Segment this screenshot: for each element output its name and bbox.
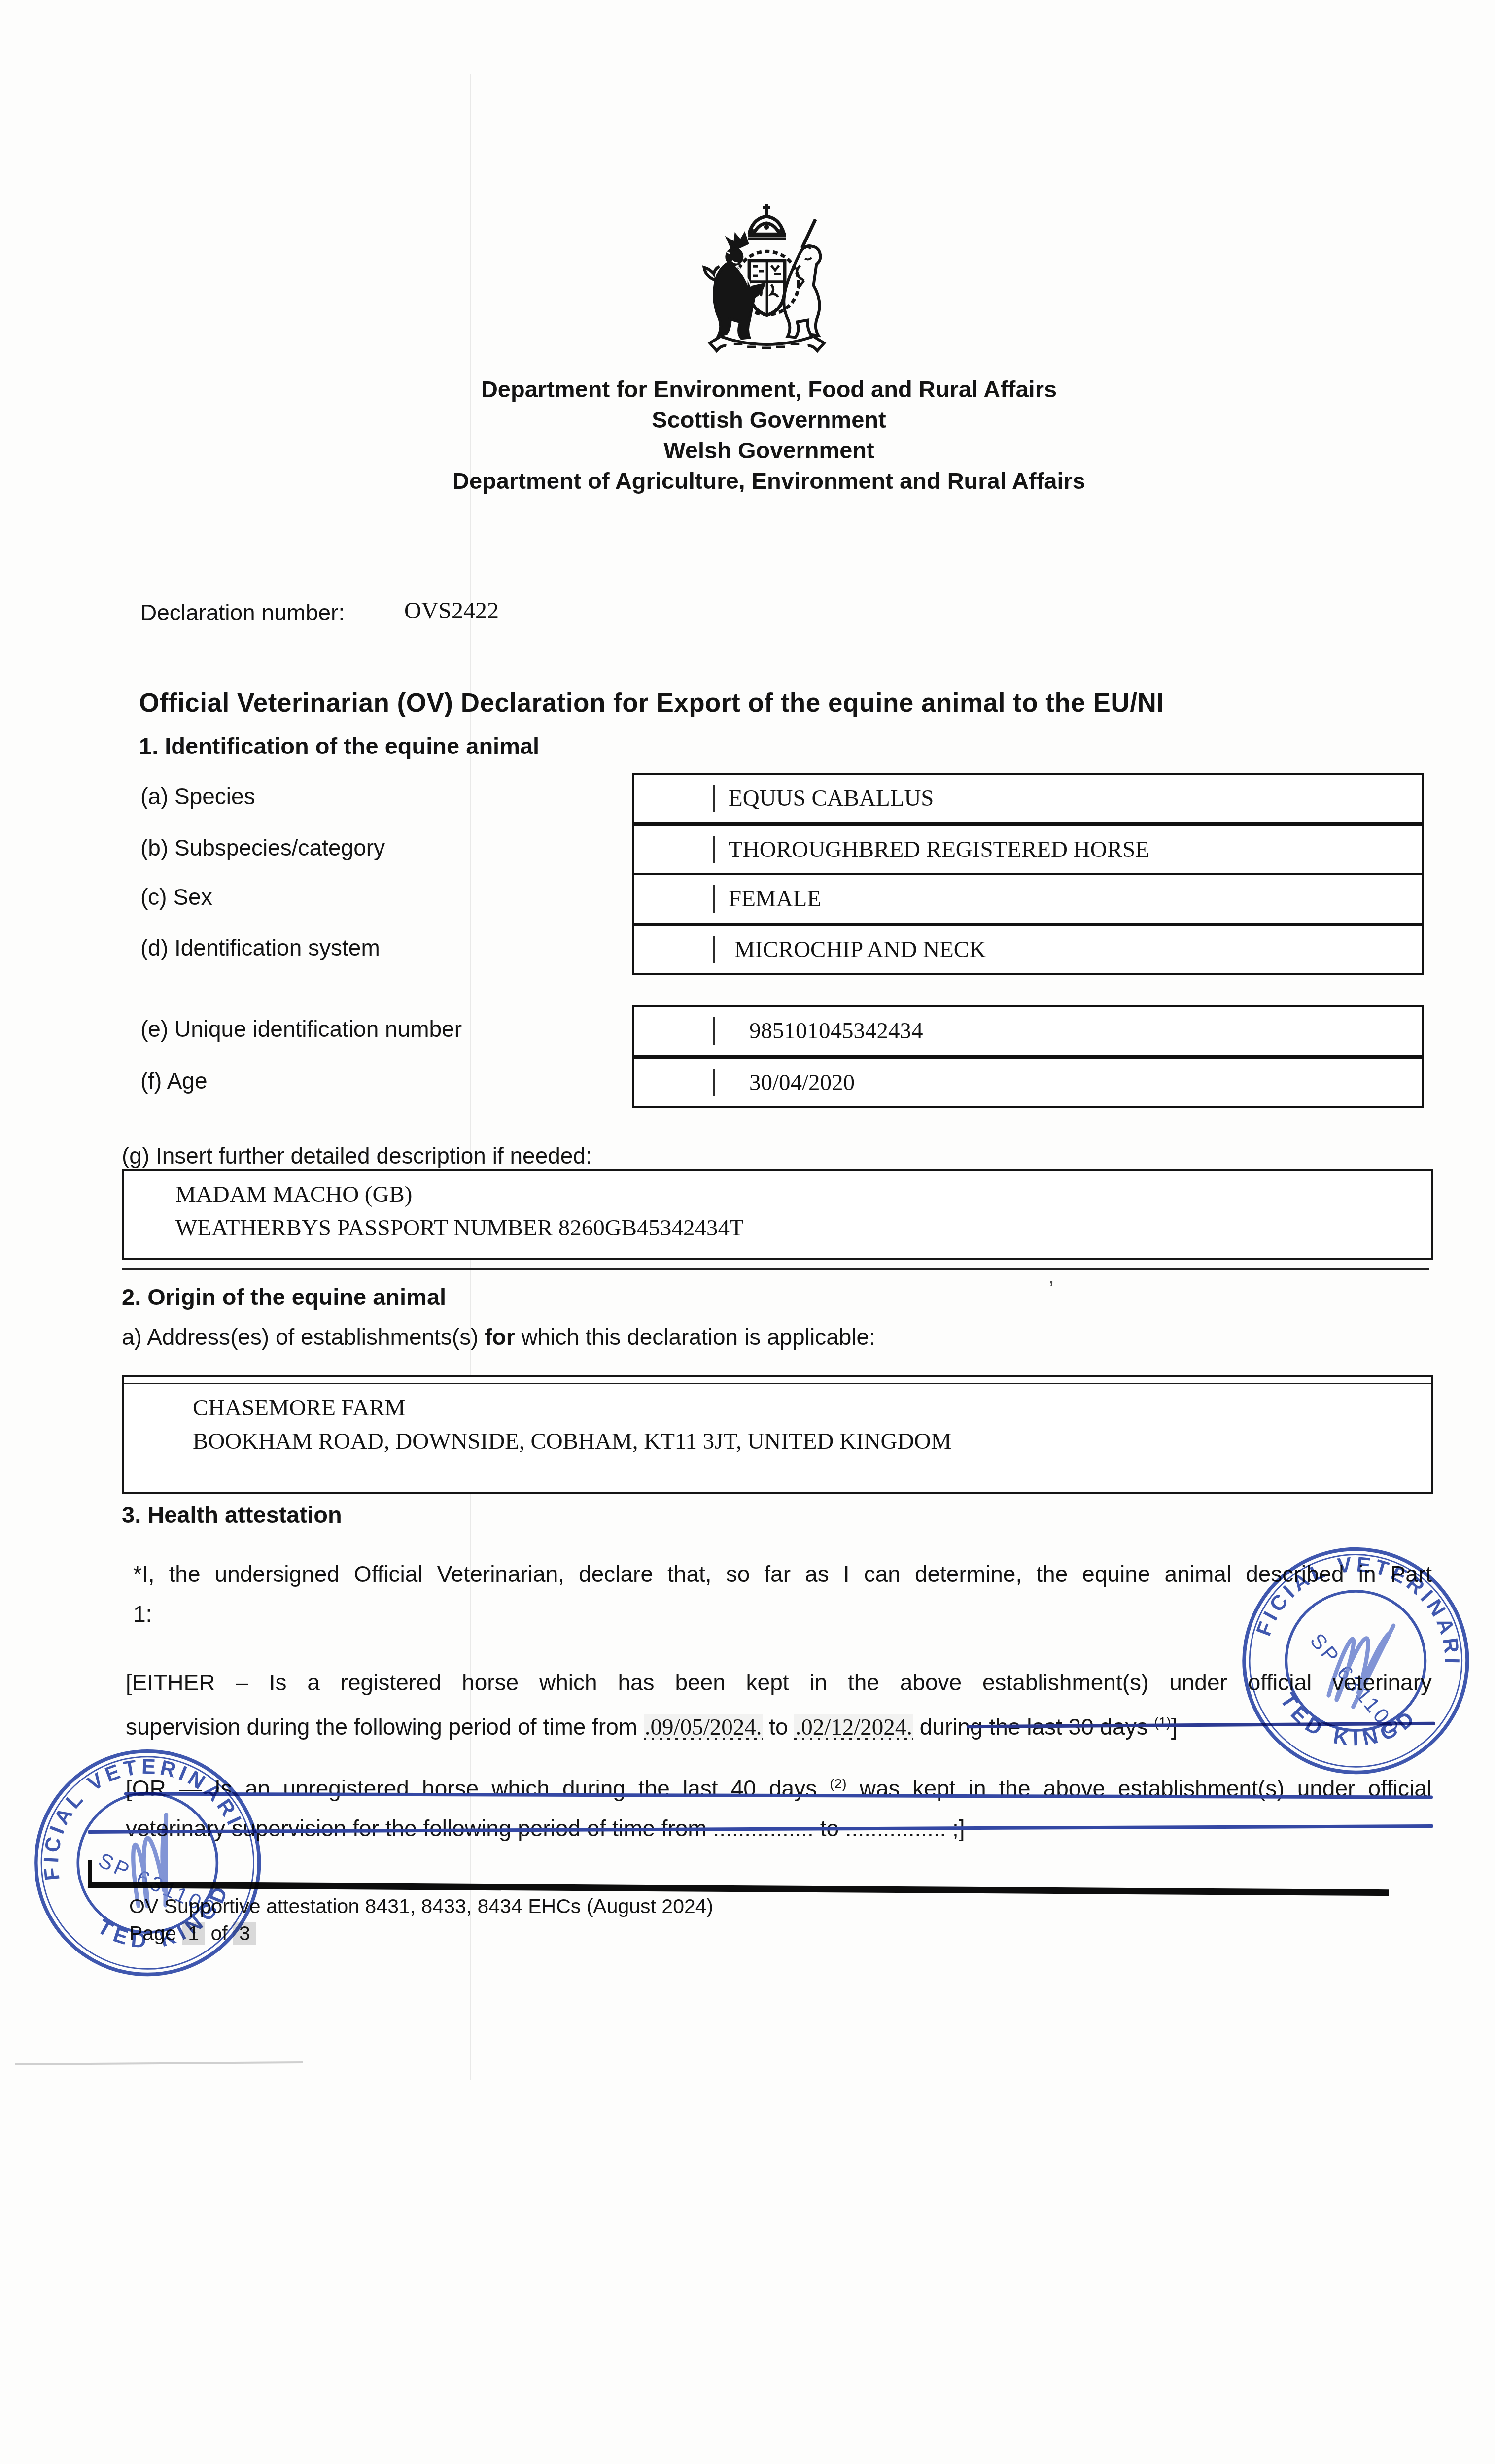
address-label-pre: a) Address(es) of establishments(s) (122, 1324, 485, 1350)
section1-heading: 1. Identification of the equine animal (139, 732, 539, 759)
address-line: BOOKHAM ROAD, DOWNSIDE, COBHAM, KT11 3JT… (193, 1425, 1431, 1458)
address-label: a) Address(es) of establishments(s) for … (122, 1324, 875, 1350)
field-box-subspecies: THOROUGHBRED REGISTERED HORSE (632, 824, 1424, 875)
field-divider-tick (713, 836, 715, 863)
further-description-label: (g) Insert further detailed description … (122, 1142, 592, 1169)
declaration-number-value: OVS2422 (404, 597, 499, 624)
further-description-line: WEATHERBYS PASSPORT NUMBER 8260GB4534243… (175, 1211, 1431, 1245)
scan-artifact-bottom-line (15, 2061, 303, 2065)
field-value-species: EQUUS CABALLUS (729, 785, 934, 812)
field-value-sex: FEMALE (729, 886, 821, 912)
field-box-id-system: MICROCHIP AND NECK (632, 924, 1424, 975)
supervision-date-from: .09/05/2024. (644, 1714, 763, 1740)
field-divider-tick (713, 885, 715, 913)
field-label-sex: (c) Sex (140, 884, 212, 910)
field-value-age: 30/04/2020 (749, 1069, 855, 1096)
royal-coat-of-arms (676, 203, 859, 363)
footnote-ref-1: (1) (1154, 1714, 1171, 1730)
field-value-subspecies: THOROUGHBRED REGISTERED HORSE (729, 836, 1149, 863)
field-divider-tick (713, 1017, 715, 1045)
ov-stamp-left: OFFICIAL VETERINARIAN UNITED KINGDOM SP … (6, 1721, 289, 2007)
ov-stamp-right: OFFICIAL VETERINARIAN UNITED KINGDOM SP … (1223, 1528, 1488, 1795)
attestation-intro-line1: *I, the undersigned Official Veterinaria… (133, 1561, 1432, 1587)
declaration-number-label: Declaration number: (140, 599, 345, 626)
section3-heading: 3. Health attestation (122, 1501, 342, 1528)
field-box-age: 30/04/2020 (632, 1057, 1424, 1108)
address-label-post: which this declaration is applicable: (515, 1324, 875, 1350)
department-header: Department for Environment, Food and Rur… (148, 374, 1390, 496)
field-box-uid: 985101045342434 (632, 1005, 1424, 1057)
field-value-id-system: MICROCHIP AND NECK (734, 936, 986, 963)
field-value-uid: 985101045342434 (749, 1018, 923, 1044)
field-box-sex: FEMALE (632, 873, 1424, 924)
field-box-species: EQUUS CABALLUS (632, 773, 1424, 824)
scanned-declaration-page: ’ (0, 0, 1495, 2464)
box-shadow-line (122, 1268, 1429, 1270)
address-line: CHASEMORE FARM (193, 1391, 1431, 1425)
field-divider-tick (713, 936, 715, 963)
field-divider-tick (713, 785, 715, 812)
field-label-subspecies: (b) Subspecies/category (140, 834, 385, 861)
box-inner-top-line (124, 1383, 1431, 1384)
department-line: Welsh Government (148, 435, 1390, 466)
field-divider-tick (713, 1069, 715, 1096)
address-box: CHASEMORE FARM BOOKHAM ROAD, DOWNSIDE, C… (122, 1375, 1433, 1494)
section2-heading: 2. Origin of the equine animal (122, 1283, 446, 1310)
address-label-for: for (485, 1324, 515, 1350)
footnote-ref-2: (2) (830, 1776, 846, 1791)
field-label-uid: (e) Unique identification number (140, 1016, 462, 1042)
attestation-intro-line2: 1: (133, 1596, 152, 1632)
supervision-date-to: .02/12/2024. (794, 1714, 913, 1740)
further-description-line: MADAM MACHO (GB) (175, 1178, 1431, 1211)
department-line: Department of Agriculture, Environment a… (148, 466, 1390, 496)
field-label-id-system: (d) Identification system (140, 934, 380, 961)
department-line: Department for Environment, Food and Rur… (148, 374, 1390, 405)
scan-artifact-speck: ’ (1049, 1277, 1054, 1302)
either-line2-mid: to (763, 1714, 794, 1740)
further-description-box: MADAM MACHO (GB) WEATHERBYS PASSPORT NUM… (122, 1169, 1433, 1260)
field-label-age: (f) Age (140, 1067, 208, 1094)
page-title: Official Veterinarian (OV) Declaration f… (139, 688, 1164, 718)
department-line: Scottish Government (148, 405, 1390, 435)
footer-separator-line (88, 1882, 1389, 1896)
field-label-species: (a) Species (140, 783, 255, 810)
